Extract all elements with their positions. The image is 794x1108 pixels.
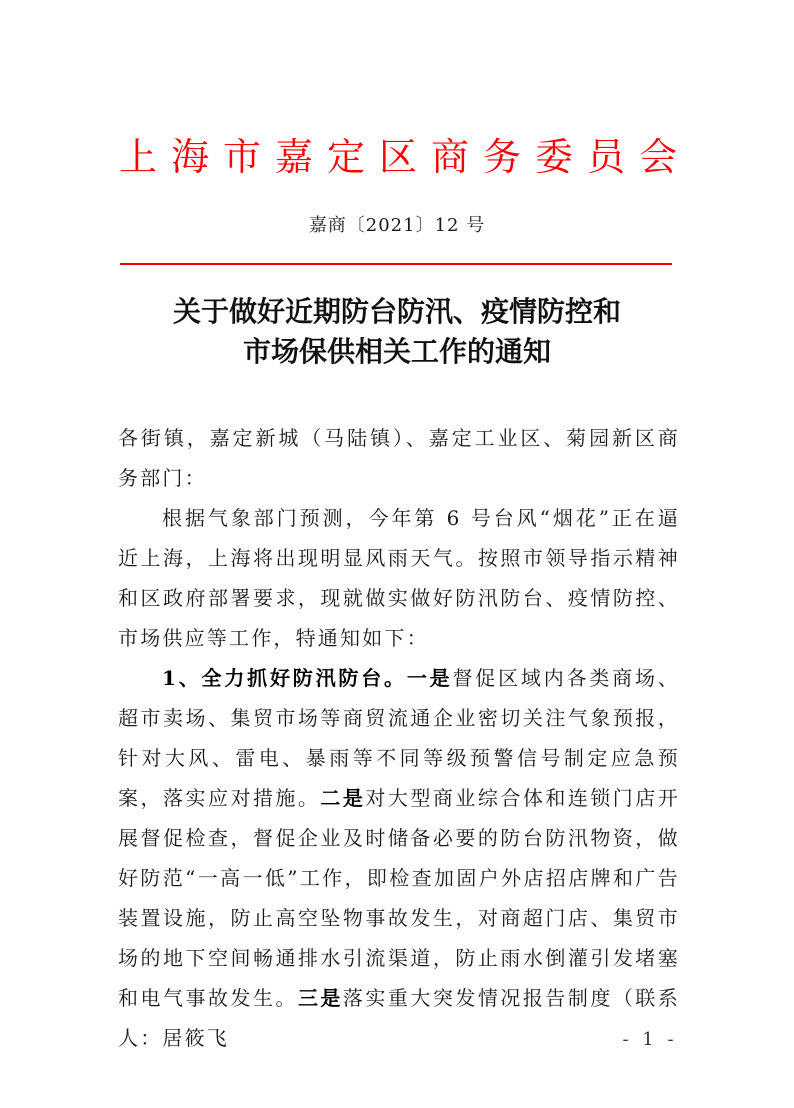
- letterhead-char: 会: [638, 130, 678, 184]
- intro-paragraph: 根据气象部门预测，今年第 6 号台风“烟花”正在逼近上海，上海将出现明显风雨天气…: [118, 498, 680, 658]
- notice-title-line-1: 关于做好近期防台防汛、疫情防控和: [0, 292, 794, 332]
- section-1-paragraph: 1、全力抓好防汛防台。一是督促区域内各类商场、超市卖场、集贸市场等商贸流通企业密…: [118, 658, 680, 1058]
- letterhead-char: 嘉: [274, 130, 314, 184]
- letterhead-char: 委: [534, 130, 574, 184]
- letterhead-char: 商: [430, 130, 470, 184]
- notice-title-line-2: 市场保供相关工作的通知: [0, 332, 794, 372]
- notice-title: 关于做好近期防台防汛、疫情防控和 市场保供相关工作的通知: [0, 292, 794, 372]
- point-1-label: 一是: [407, 666, 453, 690]
- point-2-label: 二是: [320, 786, 365, 810]
- point-2-text: 对大型商业综合体和连锁门店开展督促检查，督促企业及时储备必要的防台防汛物资，做好…: [118, 786, 680, 1010]
- letterhead-char: 定: [326, 130, 366, 184]
- letterhead-char: 区: [378, 130, 418, 184]
- letterhead-char: 海: [170, 130, 210, 184]
- letterhead-char: 员: [586, 130, 626, 184]
- letterhead-char: 务: [482, 130, 522, 184]
- point-3-label: 三是: [298, 986, 343, 1010]
- page-number: - 1 -: [620, 1028, 680, 1052]
- salutation: 各街镇，嘉定新城（马陆镇）、嘉定工业区、菊园新区商务部门：: [118, 418, 680, 498]
- document-page: 上 海 市 嘉 定 区 商 务 委 员 会 嘉商〔2021〕12 号 关于做好近…: [0, 0, 794, 1108]
- document-number: 嘉商〔2021〕12 号: [0, 213, 794, 239]
- section-1-heading: 1、全力抓好防汛防台。: [162, 666, 407, 690]
- red-divider-line: [120, 263, 672, 265]
- organization-letterhead: 上 海 市 嘉 定 区 商 务 委 员 会: [118, 130, 678, 184]
- letterhead-char: 上: [118, 130, 158, 184]
- letterhead-char: 市: [222, 130, 262, 184]
- document-body: 各街镇，嘉定新城（马陆镇）、嘉定工业区、菊园新区商务部门： 根据气象部门预测，今…: [118, 418, 680, 1058]
